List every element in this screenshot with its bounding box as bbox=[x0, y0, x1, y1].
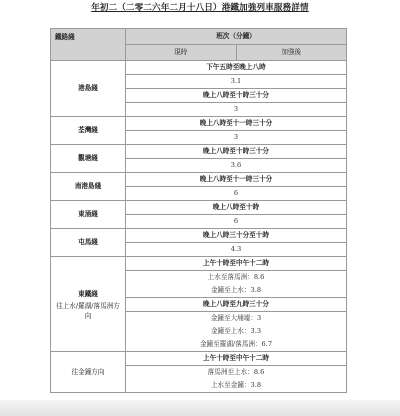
frequency-values: 上水至落馬洲：8.6 金鐘至上水：3.8 bbox=[126, 271, 347, 298]
table-row: 觀塘綫 晚上八時至十時三十分 bbox=[51, 145, 347, 159]
line-label: 東鐵綫 bbox=[78, 290, 98, 298]
frequency-value: 6 bbox=[126, 215, 347, 229]
header-enhanced: 加強後 bbox=[236, 45, 347, 61]
line-name-kwun-tong: 觀塘綫 bbox=[51, 145, 126, 173]
line-name-island: 港島綫 bbox=[51, 61, 126, 117]
line-name-east-rail-southbound: 往金鐘方向 bbox=[51, 352, 126, 393]
frequency-value: 金鐘至上水：3.8 bbox=[126, 284, 346, 297]
period-time: 上午十時至中午十二時 bbox=[126, 257, 347, 271]
line-name-east-rail: 東鐵綫 往上水/羅湖/落馬洲方向 bbox=[51, 257, 126, 352]
period-time: 上午十時至中午十二時 bbox=[126, 352, 347, 366]
header-line: 鐵路綫 bbox=[51, 29, 126, 61]
frequency-values: 落馬洲至上水：8.6 上水至金鐘：3.8 bbox=[126, 366, 347, 393]
frequency-value: 上水至金鐘：3.8 bbox=[126, 379, 346, 392]
frequency-value: 3.6 bbox=[126, 159, 347, 173]
frequency-value: 金鐘至羅湖/落馬洲：6.7 bbox=[126, 338, 346, 351]
line-label: 觀塘綫 bbox=[78, 154, 98, 162]
direction-note: 往上水/羅湖/落馬洲方向 bbox=[55, 301, 121, 321]
header-row: 鐵路綫 班次（分鐘） bbox=[51, 29, 347, 45]
document-title: 年初二（二零二六年二月十八日）港鐵加強列車服務詳情 bbox=[0, 1, 400, 13]
line-name-south-island: 南港島綫 bbox=[51, 173, 126, 201]
period-time: 晚上八時至九時三十分 bbox=[126, 298, 347, 312]
frequency-value: 金鐘至上水：3.3 bbox=[126, 325, 346, 338]
frequency-value: 落馬洲至上水：8.6 bbox=[126, 366, 346, 379]
title-text: 年初二（二零二六年二月十八日）港鐵加強列車服務詳情 bbox=[91, 3, 309, 13]
period-time: 晚上八時至十一時三十分 bbox=[126, 117, 347, 131]
line-label: 荃灣綫 bbox=[78, 126, 98, 134]
period-time: 晚上八時至十時三十分 bbox=[126, 89, 347, 103]
period-time: 晚上八時至十一時三十分 bbox=[126, 173, 347, 187]
table-row: 港島綫 下午五時至晚上八時 bbox=[51, 61, 347, 75]
table-row: 東涌綫 晚上八時至十時 bbox=[51, 201, 347, 215]
line-label: 屯馬綫 bbox=[78, 238, 98, 246]
line-name-tuen-ma: 屯馬綫 bbox=[51, 229, 126, 257]
period-time: 晚上八時至十時三十分 bbox=[126, 145, 347, 159]
header-frequency: 班次（分鐘） bbox=[126, 29, 347, 45]
frequency-value: 3 bbox=[126, 103, 347, 117]
frequency-value: 金鐘至大埔墟：3 bbox=[126, 312, 346, 325]
table-row: 南港島綫 晚上八時至十一時三十分 bbox=[51, 173, 347, 187]
line-name-tung-chung: 東涌綫 bbox=[51, 201, 126, 229]
frequency-value: 4.3 bbox=[126, 243, 347, 257]
frequency-value: 上水至落馬洲：8.6 bbox=[126, 271, 346, 284]
table-row: 屯馬綫 晚上八時三十分至十時 bbox=[51, 229, 347, 243]
service-table: 鐵路綫 班次（分鐘） 現時 加強後 港島綫 下午五時至晚上八時 3.1 晚上八時… bbox=[50, 28, 347, 393]
period-time: 晚上八時三十分至十時 bbox=[126, 229, 347, 243]
header-current: 現時 bbox=[126, 45, 237, 61]
frequency-value: 3 bbox=[126, 131, 347, 145]
table-row: 東鐵綫 往上水/羅湖/落馬洲方向 上午十時至中午十二時 bbox=[51, 257, 347, 271]
direction-note: 往金鐘方向 bbox=[55, 367, 121, 377]
line-label: 港島綫 bbox=[78, 84, 98, 92]
period-time: 下午五時至晚上八時 bbox=[126, 61, 347, 75]
table-row: 往金鐘方向 上午十時至中午十二時 bbox=[51, 352, 347, 366]
line-label: 南港島綫 bbox=[75, 182, 101, 190]
line-label: 東涌綫 bbox=[78, 210, 98, 218]
period-time: 晚上八時至十時 bbox=[126, 201, 347, 215]
frequency-value: 6 bbox=[126, 187, 347, 201]
frequency-value: 3.1 bbox=[126, 75, 347, 89]
line-name-tsuen-wan: 荃灣綫 bbox=[51, 117, 126, 145]
table-row: 荃灣綫 晚上八時至十一時三十分 bbox=[51, 117, 347, 131]
frequency-values: 金鐘至大埔墟：3 金鐘至上水：3.3 金鐘至羅湖/落馬洲：6.7 bbox=[126, 312, 347, 352]
page-bottom-shadow bbox=[0, 400, 400, 416]
